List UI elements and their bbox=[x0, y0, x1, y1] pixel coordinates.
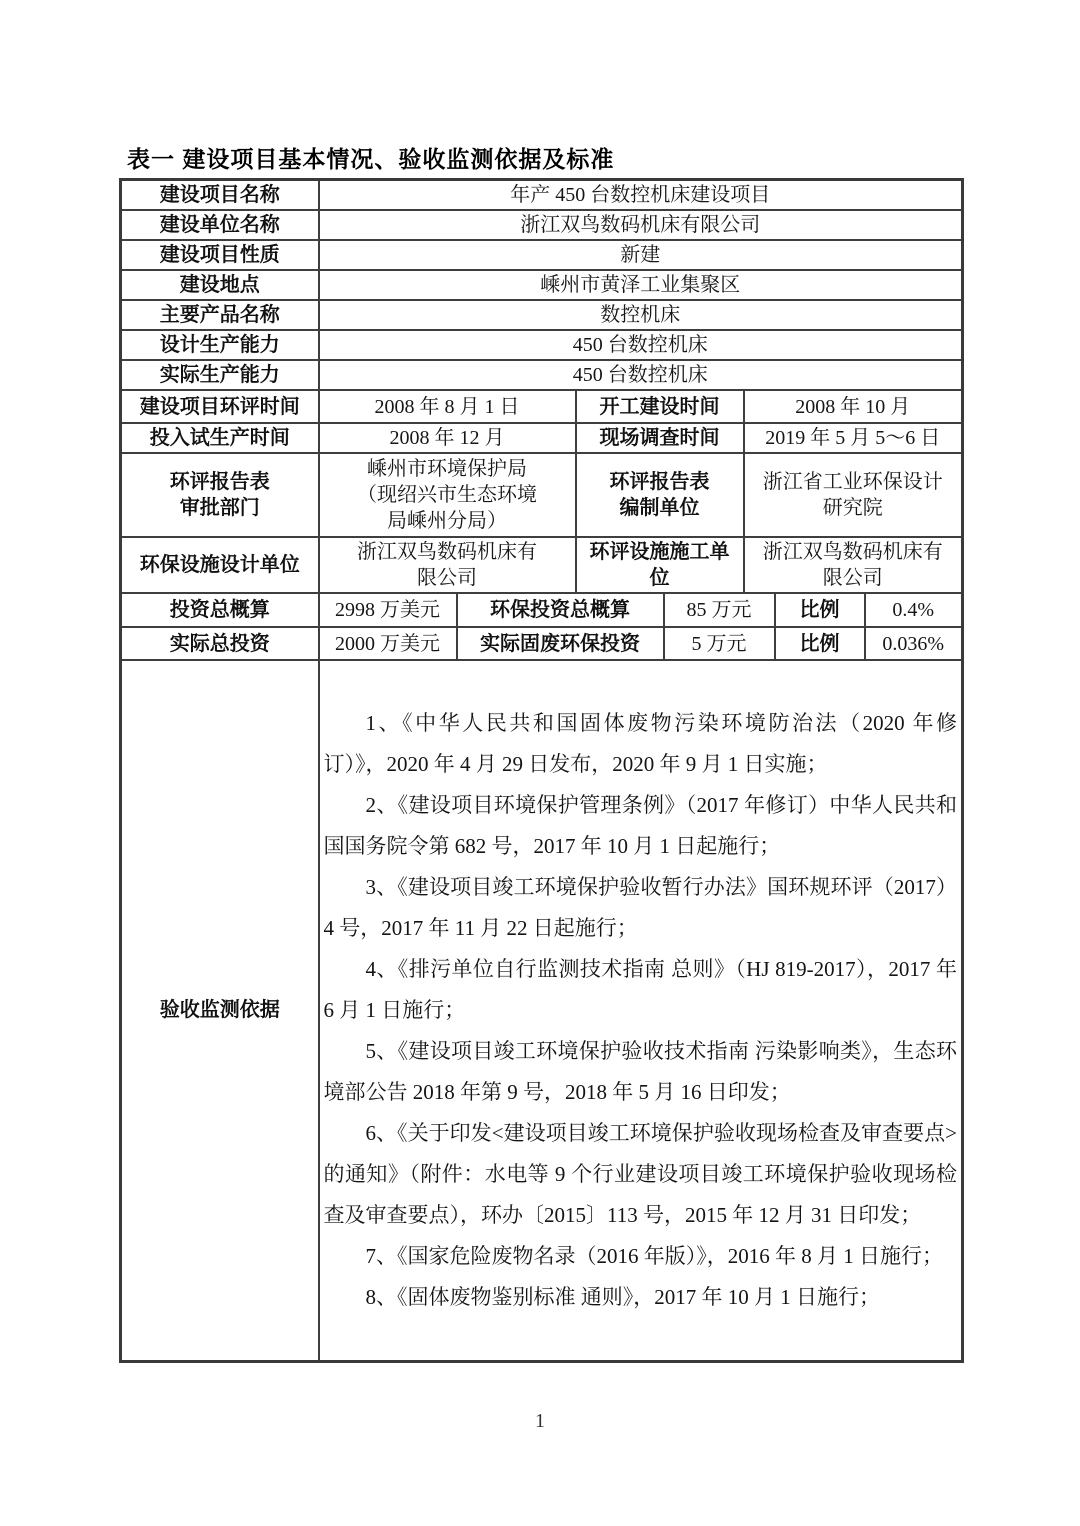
page-title: 表一 建设项目基本情况、验收监测依据及标准 bbox=[127, 141, 614, 174]
label-construction-start-time: 开工建设时间 bbox=[576, 390, 744, 423]
label-eia-compile-unit: 环评报告表 编制单位 bbox=[576, 453, 744, 537]
row-actual-investment: 实际总投资 2000 万美元 实际固废环保投资 5 万元 比例 0.036% bbox=[121, 627, 963, 660]
label-project-nature: 建设项目性质 bbox=[121, 240, 319, 270]
label-budget-ratio: 比例 bbox=[775, 593, 865, 627]
label-design-capacity: 设计生产能力 bbox=[121, 330, 319, 360]
project-basic-info-table: 建设项目名称 年产 450 台数控机床建设项目 建设单位名称 浙江双鸟数码机床有… bbox=[119, 178, 964, 1363]
value-env-budget: 85 万元 bbox=[664, 593, 775, 627]
value-design-capacity: 450 台数控机床 bbox=[319, 330, 963, 360]
value-actual-ratio: 0.036% bbox=[865, 627, 963, 660]
monitoring-basis-text: 1、《中华人民共和国固体废物污染环境防治法（2020 年修订）》，2020 年 … bbox=[319, 660, 963, 1361]
value-site-survey-time: 2019 年 5 月 5～6 日 bbox=[744, 423, 963, 453]
value-unit-name: 浙江双鸟数码机床有限公司 bbox=[319, 210, 963, 240]
label-env-design-unit: 环保设施设计单位 bbox=[121, 537, 319, 593]
value-budget-ratio: 0.4% bbox=[865, 593, 963, 627]
label-actual-ratio: 比例 bbox=[775, 627, 865, 660]
row-design-capacity: 设计生产能力 450 台数控机床 bbox=[121, 330, 963, 360]
value-eia-time: 2008 年 8 月 1 日 bbox=[319, 390, 576, 423]
row-location: 建设地点 嵊州市黄泽工业集聚区 bbox=[121, 270, 963, 300]
label-location: 建设地点 bbox=[121, 270, 319, 300]
row-design-unit: 环保设施设计单位 浙江双鸟数码机床有 限公司 环评设施施工单位 浙江双鸟数码机床… bbox=[121, 537, 963, 593]
value-construction-start-time: 2008 年 10 月 bbox=[744, 390, 963, 423]
row-monitoring-basis: 验收监测依据 1、《中华人民共和国固体废物污染环境防治法（2020 年修订）》，… bbox=[121, 660, 963, 1361]
basis-paragraph-1: 1、《中华人民共和国固体废物污染环境防治法（2020 年修订）》，2020 年 … bbox=[324, 703, 958, 785]
value-main-product: 数控机床 bbox=[319, 300, 963, 330]
row-main-product: 主要产品名称 数控机床 bbox=[121, 300, 963, 330]
label-env-budget: 环保投资总概算 bbox=[457, 593, 664, 627]
label-total-budget: 投资总概算 bbox=[121, 593, 319, 627]
row-budget: 投资总概算 2998 万美元 环保投资总概算 85 万元 比例 0.4% bbox=[121, 593, 963, 627]
page-number: 1 bbox=[0, 1410, 1080, 1433]
value-location: 嵊州市黄泽工业集聚区 bbox=[319, 270, 963, 300]
value-project-nature: 新建 bbox=[319, 240, 963, 270]
basis-paragraph-7: 7、《国家危险废物名录（2016 年版）》，2016 年 8 月 1 日施行； bbox=[324, 1236, 958, 1277]
label-env-construction-unit: 环评设施施工单位 bbox=[576, 537, 744, 593]
value-eia-compile-unit: 浙江省工业环保设计 研究院 bbox=[744, 453, 963, 537]
value-total-budget: 2998 万美元 bbox=[319, 593, 457, 627]
value-actual-investment: 2000 万美元 bbox=[319, 627, 457, 660]
value-actual-capacity: 450 台数控机床 bbox=[319, 360, 963, 390]
label-monitoring-basis: 验收监测依据 bbox=[121, 660, 319, 1361]
basis-paragraph-6: 6、《关于印发<建设项目竣工环境保护验收现场检查及审查要点>的通知》（附件：水电… bbox=[324, 1113, 958, 1236]
basis-paragraph-8: 8、《固体废物鉴别标准 通则》，2017 年 10 月 1 日施行； bbox=[324, 1277, 958, 1318]
label-actual-capacity: 实际生产能力 bbox=[121, 360, 319, 390]
value-project-name: 年产 450 台数控机床建设项目 bbox=[319, 180, 963, 211]
label-eia-time: 建设项目环评时间 bbox=[121, 390, 319, 423]
value-trial-time: 2008 年 12 月 bbox=[319, 423, 576, 453]
value-eia-approval-dept: 嵊州市环境保护局 （现绍兴市生态环境 局嵊州分局） bbox=[319, 453, 576, 537]
row-trial-time: 投入试生产时间 2008 年 12 月 现场调查时间 2019 年 5 月 5～… bbox=[121, 423, 963, 453]
basis-paragraph-3: 3、《建设项目竣工环境保护验收暂行办法》国环规环评（2017）4 号，2017 … bbox=[324, 867, 958, 949]
label-actual-waste-investment: 实际固废环保投资 bbox=[457, 627, 664, 660]
label-actual-investment: 实际总投资 bbox=[121, 627, 319, 660]
row-actual-capacity: 实际生产能力 450 台数控机床 bbox=[121, 360, 963, 390]
scanned-document-page: { "colors": { "background": "#ffffff", "… bbox=[0, 0, 1080, 1526]
basis-paragraph-5: 5、《建设项目竣工环境保护验收技术指南 污染影响类》，生态环境部公告 2018 … bbox=[324, 1031, 958, 1113]
label-unit-name: 建设单位名称 bbox=[121, 210, 319, 240]
basis-paragraph-4: 4、《排污单位自行监测技术指南 总则》（HJ 819-2017），2017 年 … bbox=[324, 949, 958, 1031]
row-eia-approval: 环评报告表 审批部门 嵊州市环境保护局 （现绍兴市生态环境 局嵊州分局） 环评报… bbox=[121, 453, 963, 537]
label-site-survey-time: 现场调查时间 bbox=[576, 423, 744, 453]
label-project-name: 建设项目名称 bbox=[121, 180, 319, 211]
value-env-construction-unit: 浙江双鸟数码机床有 限公司 bbox=[744, 537, 963, 593]
row-project-nature: 建设项目性质 新建 bbox=[121, 240, 963, 270]
label-main-product: 主要产品名称 bbox=[121, 300, 319, 330]
row-unit-name: 建设单位名称 浙江双鸟数码机床有限公司 bbox=[121, 210, 963, 240]
basis-paragraph-2: 2、《建设项目环境保护管理条例》（2017 年修订）中华人民共和国国务院令第 6… bbox=[324, 785, 958, 867]
label-trial-time: 投入试生产时间 bbox=[121, 423, 319, 453]
row-eia-time: 建设项目环评时间 2008 年 8 月 1 日 开工建设时间 2008 年 10… bbox=[121, 390, 963, 423]
value-env-design-unit: 浙江双鸟数码机床有 限公司 bbox=[319, 537, 576, 593]
label-eia-approval-dept: 环评报告表 审批部门 bbox=[121, 453, 319, 537]
value-actual-waste-investment: 5 万元 bbox=[664, 627, 775, 660]
row-project-name: 建设项目名称 年产 450 台数控机床建设项目 bbox=[121, 180, 963, 211]
